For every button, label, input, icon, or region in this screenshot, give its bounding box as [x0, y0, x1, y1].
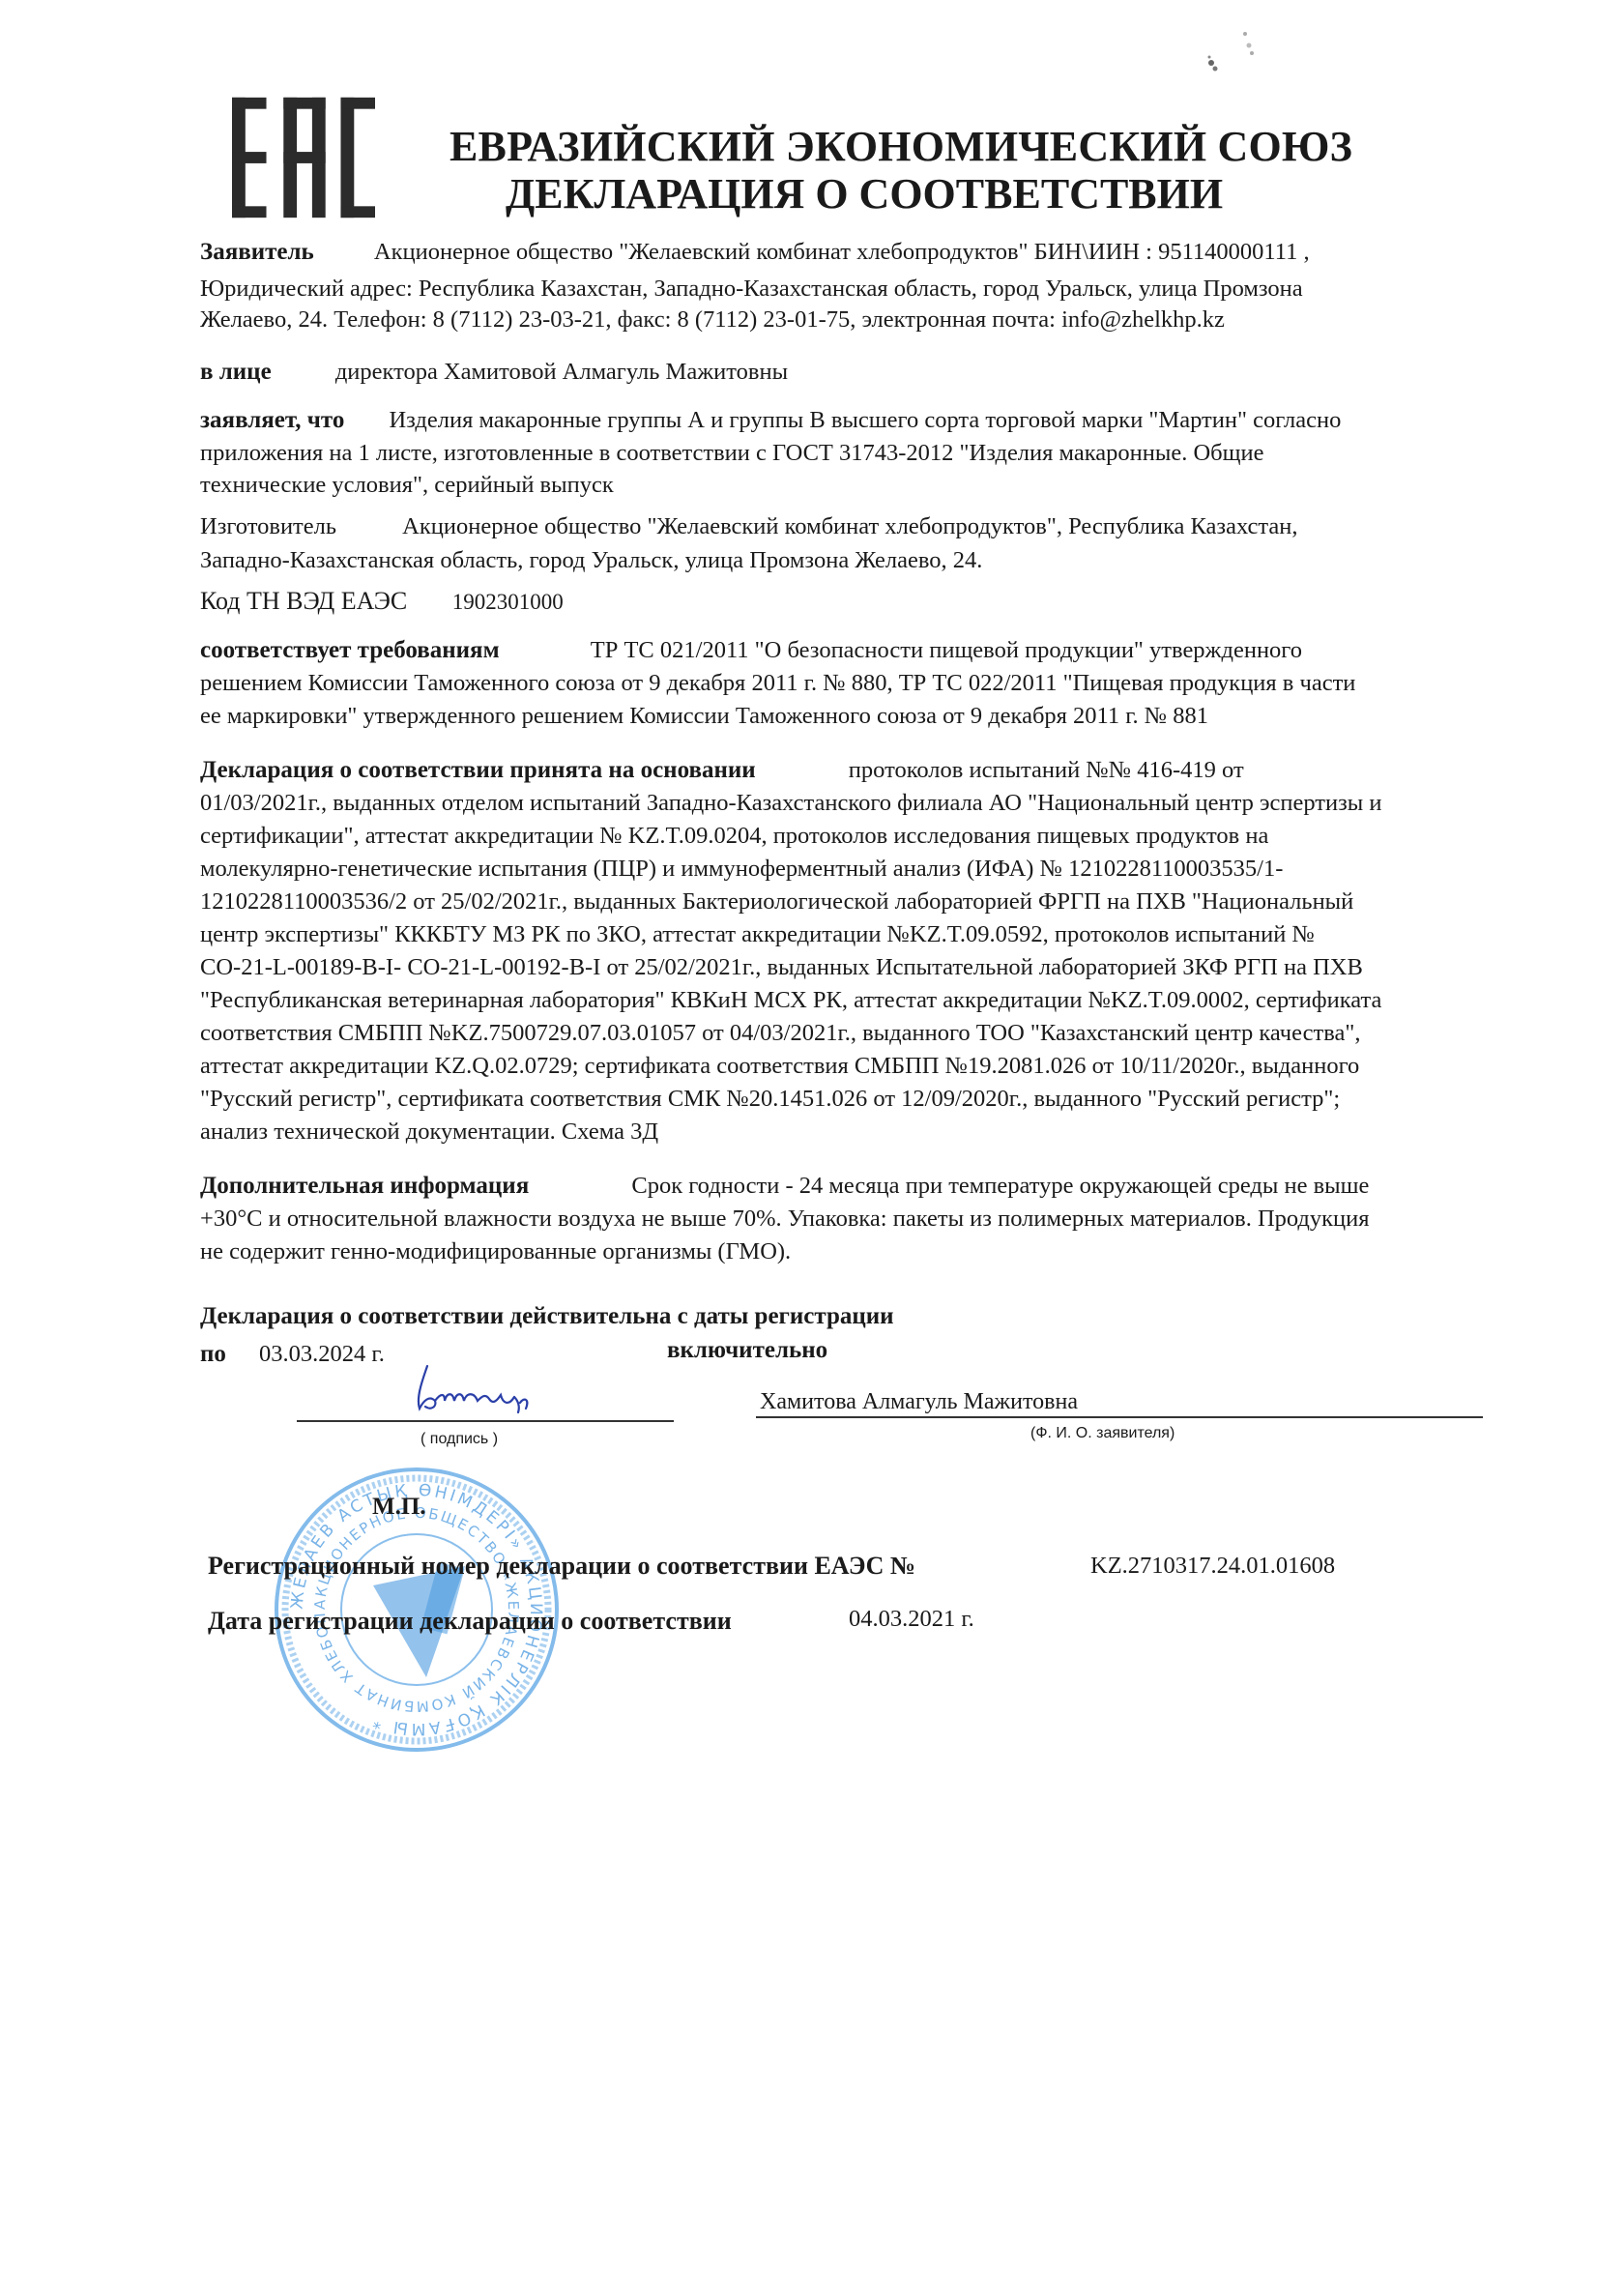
declares-section: заявляет, что Изделия макаронные группы … [200, 404, 1341, 437]
additional-info-line1: Срок годности - 24 месяца при температур… [631, 1173, 1369, 1199]
signature-caption: ( подпись ) [420, 1431, 498, 1448]
registration-date-value: 04.03.2021 г. [849, 1603, 974, 1636]
applicant-full-name: Хамитова Алмагуль Мажитовна [760, 1385, 1078, 1418]
basis-line: "Русский регистр", сертификата соответст… [200, 1083, 1340, 1116]
requirements-line2: решением Комиссии Таможенного союза от 9… [200, 667, 1355, 700]
basis-line: 1210228110003536/2 от 25/02/2021г., выда… [200, 886, 1353, 918]
basis-line: соответствия СМБПП №KZ.7500729.07.03.010… [200, 1017, 1360, 1050]
declares-line2: приложения на 1 листе, изготовленные в с… [200, 437, 1263, 470]
basis-label: Декларация о соответствии принята на осн… [200, 757, 756, 783]
hs-code-value: 1902301000 [452, 590, 564, 614]
hs-code-section: Код ТН ВЭД ЕАЭС 1902301000 [200, 585, 564, 619]
hs-code-label: Код ТН ВЭД ЕАЭС [200, 587, 407, 615]
declares-label: заявляет, что [200, 407, 344, 433]
basis-line: сертификации", аттестат аккредитации № K… [200, 820, 1268, 853]
applicant-name: Акционерное общество "Желаевский комбина… [374, 239, 1310, 265]
registration-number-label: Регистрационный номер декларации о соотв… [208, 1550, 915, 1583]
basis-line: молекулярно-генетические испытания (ПЦР)… [200, 853, 1283, 886]
name-line [756, 1416, 1483, 1418]
manufacturer-line2: Западно-Казахстанская область, город Ура… [200, 544, 982, 577]
basis-line: протоколов испытаний №№ 416-419 от [849, 757, 1244, 783]
basis-line: анализ технической документации. Схема 3… [200, 1116, 658, 1148]
manufacturer-label: Изготовитель [200, 513, 336, 539]
represented-by-label: в лице [200, 359, 272, 385]
basis-line: центр экспертизы" КККБТУ МЗ РК по ЗКО, а… [200, 918, 1315, 951]
basis-section: Декларация о соответствии принята на осн… [200, 754, 1244, 787]
handwritten-signature [406, 1358, 580, 1416]
requirements-label: соответствует требованиям [200, 637, 500, 663]
manufacturer-section: Изготовитель Акционерное общество "Желае… [200, 510, 1297, 543]
declares-line3: технические условия", серийный выпуск [200, 469, 614, 502]
applicant-contacts: Желаево, 24. Телефон: 8 (7112) 23-03-21,… [200, 304, 1225, 336]
basis-line: CO-21-L-00189-B-I- CO-21-L-00192-B-I от … [200, 951, 1363, 984]
requirements-line1: ТР ТС 021/2011 "О безопасности пищевой п… [591, 637, 1302, 663]
name-caption: (Ф. И. О. заявителя) [1030, 1425, 1174, 1442]
validity-label: Декларация о соответствии действительна … [200, 1300, 894, 1333]
applicant-address: Юридический адрес: Республика Казахстан,… [200, 273, 1303, 305]
scan-artifact [1189, 15, 1266, 82]
basis-line: "Республиканская ветеринарная лаборатори… [200, 984, 1381, 1017]
applicant-section: Заявитель Акционерное общество "Желаевск… [200, 236, 1310, 269]
basis-line: аттестат аккредитации KZ.Q.02.0729; серт… [200, 1050, 1359, 1083]
seal-placeholder-label: М.П. [372, 1491, 426, 1524]
requirements-section: соответствует требованиям ТР ТС 021/2011… [200, 634, 1302, 667]
document-title: ДЕКЛАРАЦИЯ О СООТВЕТСТВИИ [506, 169, 1223, 218]
requirements-line3: ее маркировки" утвержденного решением Ко… [200, 700, 1208, 733]
applicant-label: Заявитель [200, 239, 314, 265]
additional-info-line2: +30°С и относительной влажности воздуха … [200, 1203, 1370, 1235]
registration-number-value: KZ.2710317.24.01.01608 [1090, 1550, 1335, 1583]
additional-info-section: Дополнительная информация Срок годности … [200, 1170, 1369, 1203]
union-title: ЕВРАЗИЙСКИЙ ЭКОНОМИЧЕСКИЙ СОЮЗ [449, 122, 1352, 171]
basis-line: 01/03/2021г., выданных отделом испытаний… [200, 787, 1382, 820]
manufacturer-line1: Акционерное общество "Желаевский комбина… [402, 513, 1297, 539]
eac-logo [232, 97, 375, 217]
validity-until-date: 03.03.2024 г. [259, 1341, 385, 1367]
additional-info-line3: не содержит генно-модифицированные орган… [200, 1235, 791, 1268]
signature-line [297, 1420, 674, 1422]
validity-inclusive: включительно [667, 1334, 827, 1367]
validity-until-label: по [200, 1341, 226, 1367]
represented-by-section: в лице директора Хамитовой Алмагуль Мажи… [200, 356, 788, 389]
registration-date-label: Дата регистрации декларации о соответств… [208, 1605, 732, 1638]
declares-line1: Изделия макаронные группы А и группы В в… [389, 407, 1341, 433]
additional-info-label: Дополнительная информация [200, 1173, 529, 1199]
validity-until: по 03.03.2024 г. [200, 1338, 385, 1371]
represented-by-value: директора Хамитовой Алмагуль Мажитовны [335, 359, 788, 385]
